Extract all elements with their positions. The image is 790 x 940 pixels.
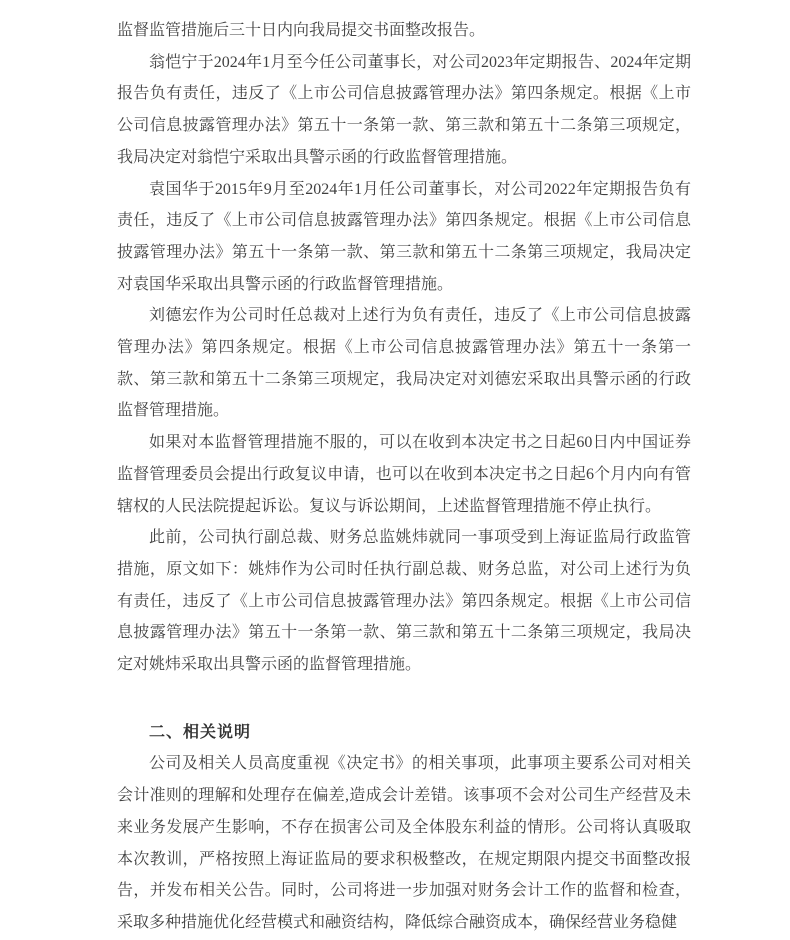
- document-page: 监督监管措施后三十日内向我局提交书面整改报告。 翁恺宁于2024年1月至今任公司…: [0, 0, 790, 940]
- paragraph-company-statement: 公司及相关人员高度重视《决定书》的相关事项，此事项主要系公司对相关会计准则的理解…: [117, 748, 691, 938]
- paragraph-liu-dehong-measure: 刘德宏作为公司时任总裁对上述行为负有责任，违反了《上市公司信息披露管理办法》第四…: [117, 300, 691, 427]
- paragraph-appeal-rights: 如果对本监督管理措施不服的，可以在收到本决定书之日起60日内中国证券监督管理委员…: [117, 427, 691, 522]
- section-heading-related-notes: 二、相关说明: [117, 717, 691, 749]
- paragraph-weng-kaining-measure: 翁恺宁于2024年1月至今任公司董事长，对公司2023年定期报告、2024年定期…: [117, 47, 691, 174]
- paragraph-yao-wei-prior-measure: 此前，公司执行副总裁、财务总监姚炜就同一事项受到上海证监局行政监管措施，原文如下…: [117, 522, 691, 681]
- paragraph-continuation-rectification-report: 监督监管措施后三十日内向我局提交书面整改报告。: [117, 15, 691, 47]
- paragraph-yuan-guohua-measure: 袁国华于2015年9月至2024年1月任公司董事长，对公司2022年定期报告负有…: [117, 174, 691, 301]
